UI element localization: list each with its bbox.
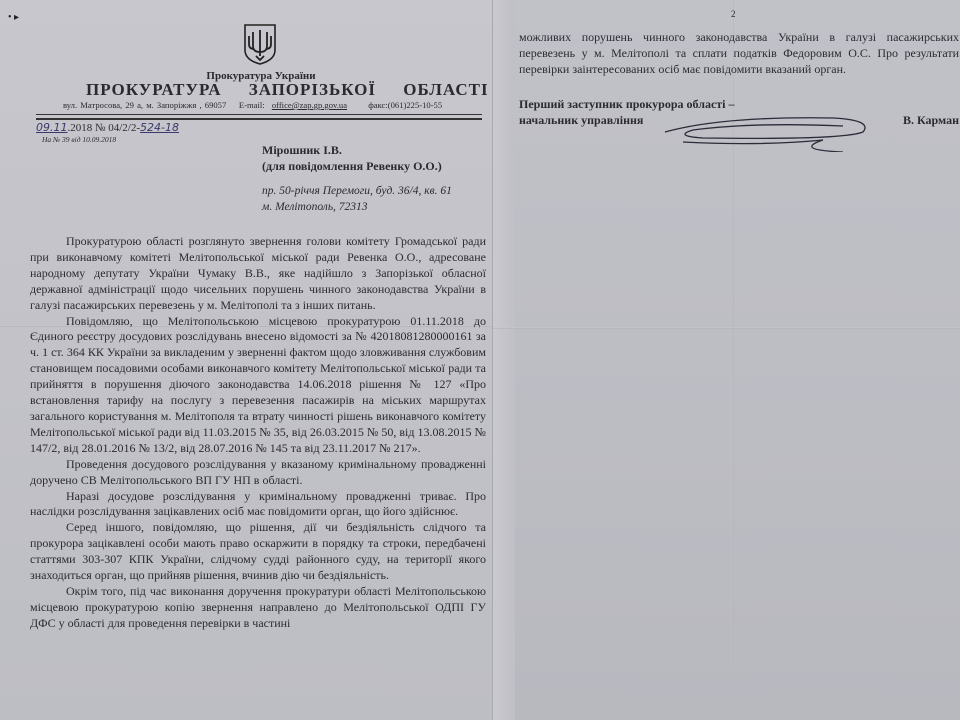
paragraph: Проведення досудового розслідування у вк… xyxy=(30,457,486,489)
header-divider xyxy=(36,114,482,120)
outgoing-reference: 09.11.2018 № 04/2/2-524-18 xyxy=(36,121,179,134)
addressee-name: Мірошник І.В. xyxy=(262,142,442,158)
paper-fold-line xyxy=(493,327,960,329)
paragraph: Серед іншого, повідомляю, що рішення, ді… xyxy=(30,520,486,584)
paragraph: Окрім того, під час виконання доручення … xyxy=(30,584,486,632)
letter-body: Прокуратурою області розглянуто зверненн… xyxy=(30,234,486,632)
reference-number: .2018 № 04/2/2- xyxy=(68,122,141,134)
address-line-1: пр. 50-річчя Перемоги, буд. 36/4, кв. 61 xyxy=(262,183,452,199)
letter-continuation: можливих порушень чинного законодавства … xyxy=(519,30,959,78)
fax-number: факс:(061)225-10-55 xyxy=(368,100,442,110)
paragraph: Повідомляю, що Мелітопольською місцевою … xyxy=(30,314,486,457)
in-reply-to: На № 39 від 10.09.2018 xyxy=(42,135,116,144)
org-title: ПРОКУРАТУРА ЗАПОРІЗЬКОЇ ОБЛАСТІ xyxy=(86,80,489,100)
paragraph: Прокуратурою області розглянуто зверненн… xyxy=(30,234,486,314)
signatory-title-line-1: Перший заступник прокурора області – xyxy=(519,97,735,113)
page-number: 2 xyxy=(731,9,736,19)
addressee-address: пр. 50-річчя Перемоги, буд. 36/4, кв. 61… xyxy=(262,183,452,215)
paragraph: Наразі досудове розслідування у кримінал… xyxy=(30,489,486,521)
handwritten-date: 09.11 xyxy=(36,121,68,134)
addressee-block: Мірошник І.В. (для повідомлення Ревенку … xyxy=(262,142,442,174)
org-contacts: вул. Матросова, 29 а, м. Запоріжжя , 690… xyxy=(63,100,442,110)
paragraph: можливих порушень чинного законодавства … xyxy=(519,30,959,78)
org-address: вул. Матросова, 29 а, м. Запоріжжя , 690… xyxy=(63,100,226,110)
address-line-2: м. Мелітополь, 72313 xyxy=(262,199,452,215)
handwritten-number: 524-18 xyxy=(140,121,179,134)
trident-emblem-icon xyxy=(242,22,278,66)
document-page-2: 2 можливих порушень чинного законодавств… xyxy=(492,0,960,720)
email-label: E-mail: xyxy=(239,100,265,110)
signatory-name: В. Карман xyxy=(903,113,959,128)
corner-marks: • ▸ xyxy=(8,12,19,23)
email-link[interactable]: office@zap.gp.gov.ua xyxy=(272,100,347,110)
document-page-1: • ▸ Прокуратура України ПРОКУРАТУРА ЗАПО… xyxy=(0,0,492,720)
addressee-note: (для повідомлення Ревенку О.О.) xyxy=(262,158,442,174)
handwritten-signature-icon xyxy=(663,112,873,152)
